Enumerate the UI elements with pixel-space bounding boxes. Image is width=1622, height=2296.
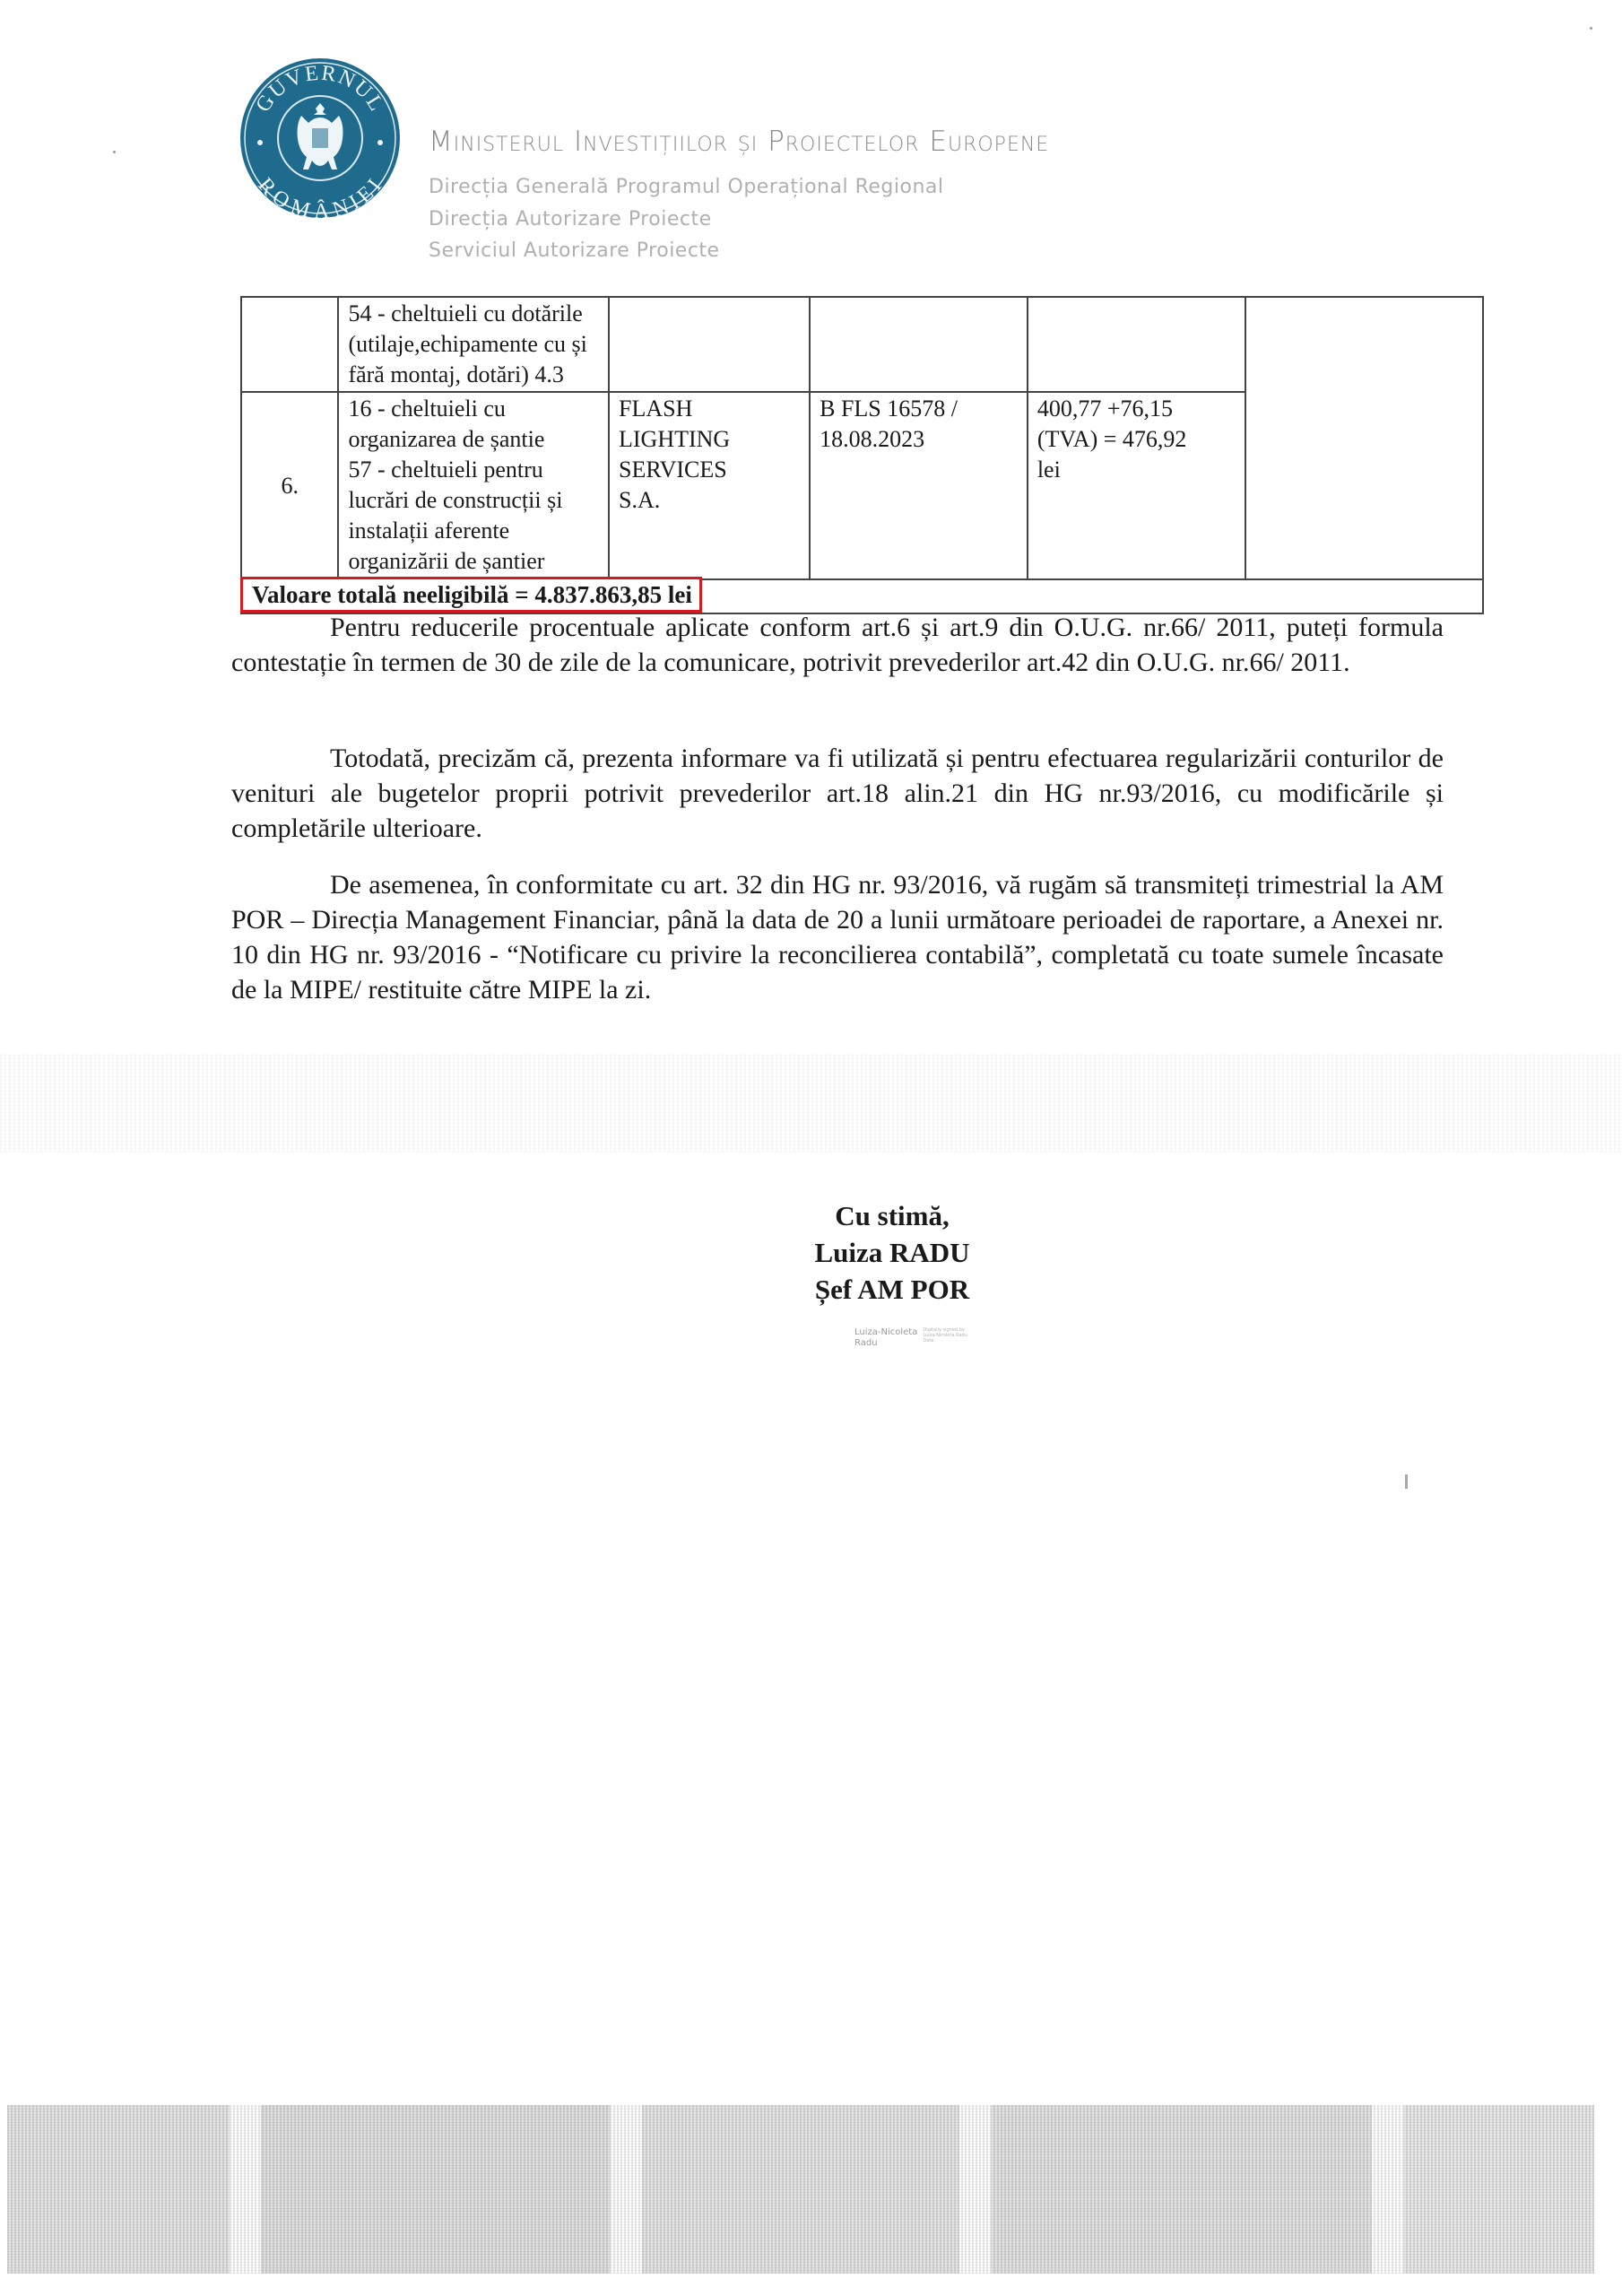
paragraph-contestation: Pentru reducerile procentuale aplicate c… xyxy=(231,610,1444,680)
scan-speck xyxy=(113,151,116,153)
ministry-name: Ministerul Investițiilor și Proiectelor … xyxy=(429,126,1049,158)
digital-signature-stamp: Luiza-Nicoleta Radu Digitally signed by … xyxy=(854,1327,967,1349)
paragraph-regularization: Totodată, precizăm că, prezenta informar… xyxy=(231,741,1444,846)
signature-block: Cu stimă, Luiza RADU Șef AM POR xyxy=(767,1197,1018,1308)
signatory-name: Luiza RADU xyxy=(767,1234,1018,1271)
signatory-title: Șef AM POR xyxy=(767,1271,1018,1308)
scan-noise-band xyxy=(0,1054,1622,1152)
row-number-cell: 6. xyxy=(241,392,338,579)
department-line: Direcția Generală Programul Operațional … xyxy=(429,176,943,198)
table-row: 54 - cheltuieli cu dotările (utilaje,ech… xyxy=(241,297,1483,392)
empty-merged-cell xyxy=(1245,297,1483,579)
invoice-cell xyxy=(810,297,1028,392)
paragraph-reconciliation: De asemenea, în conformitate cu art. 32 … xyxy=(231,867,1444,1007)
supplier-cell: FLASH LIGHTING SERVICES S.A. xyxy=(609,392,810,579)
romanian-government-seal-icon: GUVERNUL ROMÂNIEI xyxy=(239,57,402,220)
value-cell xyxy=(1028,297,1245,392)
supplier-cell xyxy=(609,297,810,392)
department-line: Direcția Autorizare Proiecte xyxy=(429,208,712,230)
scan-noise-band-bottom xyxy=(7,2105,1594,2274)
row-number-cell xyxy=(241,297,338,392)
value-cell: 400,77 +76,15 (TVA) = 476,92 lei xyxy=(1028,392,1245,579)
government-seal-logo: GUVERNUL ROMÂNIEI xyxy=(239,57,402,220)
closing-salutation: Cu stimă, xyxy=(767,1197,1018,1234)
invoice-cell: B FLS 16578 / 18.08.2023 xyxy=(810,392,1028,579)
scan-speck xyxy=(1590,27,1592,30)
page-mark xyxy=(1405,1474,1408,1489)
department-line: Serviciul Autorizare Proiecte xyxy=(429,239,720,262)
expense-category-cell: 16 - cheltuieli cu organizarea de șantie… xyxy=(338,392,609,579)
total-ineligible-value: Valoare totală neeligibilă = 4.837.863,8… xyxy=(240,577,702,613)
ineligible-expenses-table: 54 - cheltuieli cu dotările (utilaje,ech… xyxy=(240,296,1484,614)
expense-category-cell: 54 - cheltuieli cu dotările (utilaje,ech… xyxy=(338,297,609,392)
total-row: Valoare totală neeligibilă = 4.837.863,8… xyxy=(241,579,1483,613)
